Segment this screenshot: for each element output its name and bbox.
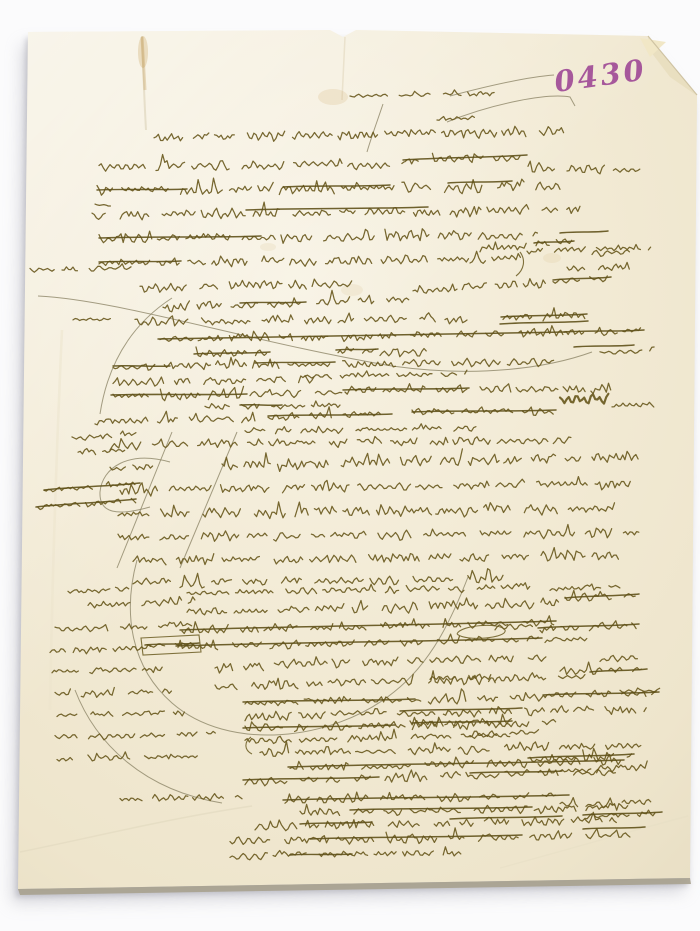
manuscript-page: 0430: [0, 0, 700, 931]
strikethrough-line: [240, 405, 282, 406]
strikethrough-line: [97, 189, 187, 190]
photo-background: 0430: [0, 0, 700, 931]
strikethrough-line: [240, 302, 306, 303]
strikethrough-line: [255, 362, 335, 363]
strikethrough-line: [113, 366, 170, 367]
strikethrough-line: [336, 349, 378, 350]
strikethrough-line: [290, 854, 352, 855]
strikethrough-line: [99, 261, 181, 262]
strikethrough-line: [111, 394, 247, 395]
